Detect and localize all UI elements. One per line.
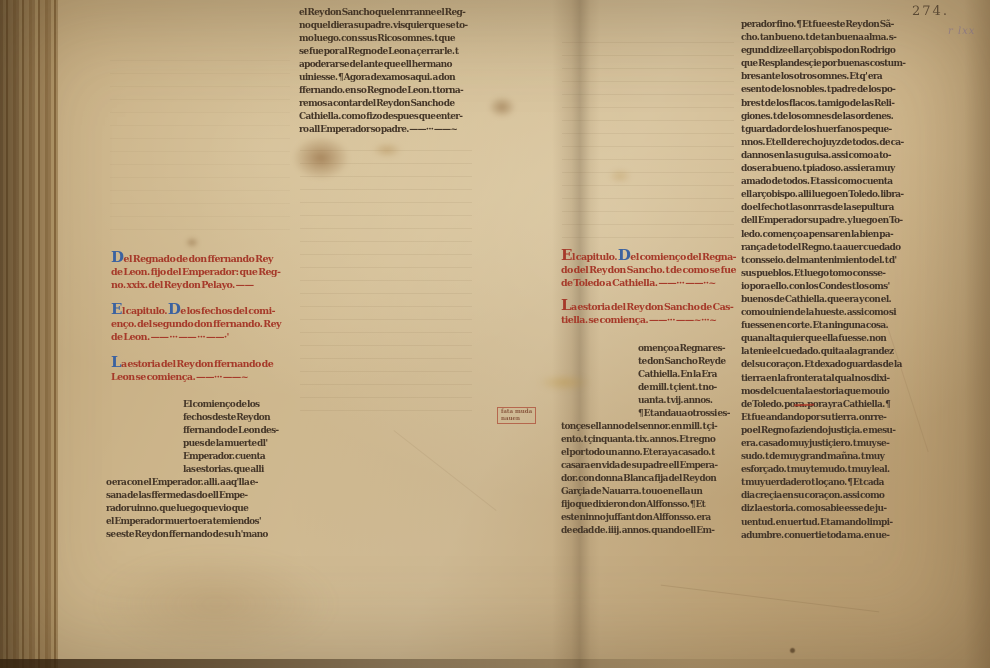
manuscript-open-book-photo: el Rey don Sancho quel enrranne el Reg- …: [0, 0, 990, 668]
illuminated-initial-l: L: [111, 353, 121, 371]
right-page-body-continued: tonçes ell anno del sennor. en mill. t ç…: [561, 421, 751, 538]
stain: [608, 168, 632, 184]
rubric-story-text: a estoria del Rey don Sancho de Cas- tie…: [561, 302, 733, 326]
quire-mark: r lxx: [948, 26, 975, 37]
illuminated-initial-d-blue: D: [618, 246, 630, 264]
illuminated-initial-e: E: [111, 300, 122, 318]
folio-number: 274.: [912, 4, 949, 19]
ruling-lines-left-col1: [110, 60, 290, 240]
illuminated-initial-d2: D: [168, 300, 180, 318]
ink-dot: [790, 648, 795, 653]
stain: [292, 136, 350, 180]
rubric-chapter-seg1: l capitulo.: [122, 306, 168, 317]
left-page-body-opening: El comienço de los fechos deste Rey don …: [183, 399, 293, 477]
rubric-reign-text: el Regnado de don ffernando Rey de Leon.…: [111, 254, 280, 291]
left-page-rubric-chapter: El capitulo. De los fechos del comi- enç…: [111, 303, 301, 344]
left-page-rubric-story: La estoria del Rey don ffernando de Leon…: [111, 356, 301, 384]
ruling-lines-left: [300, 150, 472, 412]
illuminated-initial-d: D: [111, 248, 123, 266]
book-bottom-edge: [0, 659, 990, 668]
book-page-edges: [0, 0, 58, 668]
stain: [185, 237, 199, 248]
right-page-body-opening: omenço a Regnar es- te don Sancho Rey de…: [638, 343, 750, 421]
water-stain: [96, 552, 336, 656]
right-page-main-column: perador fino. ¶ Et fue este Rey don Sã- …: [741, 19, 921, 543]
right-page-rubric-chapter: El capitulo. Del comienço del Regna- do …: [561, 249, 751, 290]
ruling-lines-right: [562, 42, 734, 242]
right-page-rubric-story: La estoria del Rey don Sancho de Cas- ti…: [561, 299, 751, 327]
stain: [488, 96, 516, 118]
illuminated-initial-l-red: L: [561, 296, 571, 314]
left-page-prev-chapter-end: el Rey don Sancho quel enrranne el Reg- …: [299, 7, 477, 137]
stain: [538, 374, 590, 391]
left-page-rubric-reign: Del Regnado de don ffernando Rey de Leon…: [111, 251, 301, 292]
parchment-crease: [661, 585, 879, 613]
right-page-edge-shadow: [964, 0, 990, 668]
marginal-annotation: fata muda nauen: [497, 407, 536, 424]
illuminated-initial-e-red: E: [561, 246, 572, 264]
left-page-body-continued: o era con el Emperador. alli. a aq'lla e…: [106, 477, 296, 542]
rubric-story-text: a estoria del Rey don ffernando de Leon …: [111, 359, 273, 383]
rubric-chapter-seg1: l capitulo.: [572, 252, 618, 263]
parchment-crease: [393, 430, 496, 511]
stain: [372, 142, 402, 158]
